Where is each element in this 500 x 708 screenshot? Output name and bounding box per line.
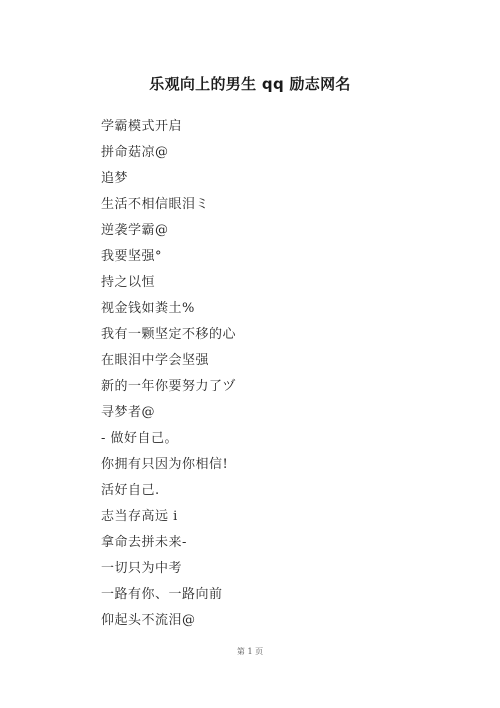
list-item: 一路有你、一路向前 [101, 582, 236, 608]
list-item: 仰起头不流泪@ [101, 608, 236, 634]
list-item: 持之以恒 [101, 270, 236, 296]
document-page: 乐观向上的男生 qq 励志网名 学霸模式开启 拼命菇凉@ 追梦 生活不相信眼泪ミ… [0, 0, 500, 708]
list-item: 拼命菇凉@ [101, 140, 236, 166]
list-item: 生活不相信眼泪ミ [101, 192, 236, 218]
list-item: 视金钱如粪土% [101, 296, 236, 322]
list-item: 在眼泪中学会坚强 [101, 348, 236, 374]
list-item: 我要坚强° [101, 244, 236, 270]
list-item: 你拥有只因为你相信! [101, 452, 236, 478]
list-item: 一切只为中考 [101, 556, 236, 582]
list-item: 学霸模式开启 [101, 114, 236, 140]
list-item: 志当存高远 i [101, 504, 236, 530]
list-item: 逆袭学霸@ [101, 218, 236, 244]
list-item: 寻梦者@ [101, 400, 236, 426]
list-item: 我有一颗坚定不移的心 [101, 322, 236, 348]
list-item: 新的一年你要努力了ヅ [101, 374, 236, 400]
list-item: 拿命去拼未来- [101, 530, 236, 556]
list-item: - 做好自己。 [101, 426, 236, 452]
page-number: 第 1 页 [0, 646, 500, 658]
list-item: 活好自己. [101, 478, 236, 504]
document-title: 乐观向上的男生 qq 励志网名 [0, 73, 500, 95]
name-list: 学霸模式开启 拼命菇凉@ 追梦 生活不相信眼泪ミ 逆袭学霸@ 我要坚强° 持之以… [101, 114, 236, 634]
list-item: 追梦 [101, 166, 236, 192]
